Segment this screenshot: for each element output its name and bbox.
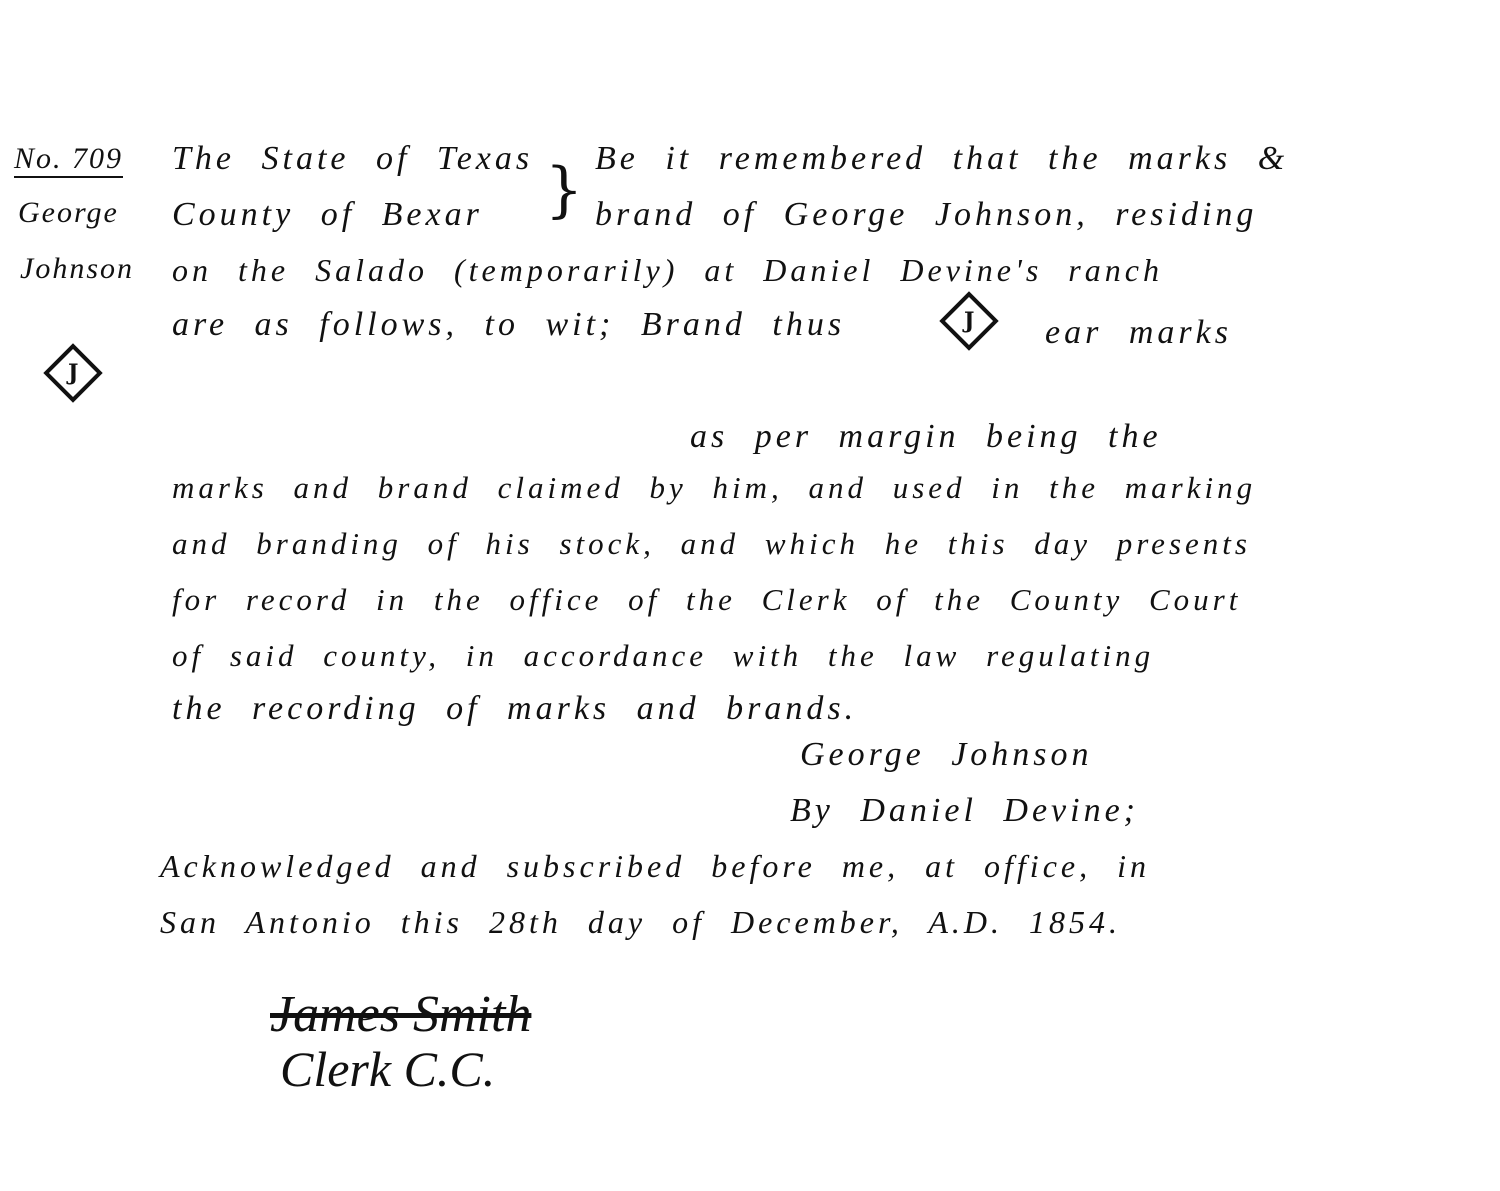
body-line: Be it remembered that the marks & xyxy=(595,140,1288,178)
body-line: the recording of marks and brands. xyxy=(172,690,857,728)
venue-state: The State of Texas xyxy=(172,140,533,178)
body-line: as per margin being the xyxy=(690,418,1162,456)
body-line: on the Salado (temporarily) at Daniel De… xyxy=(172,252,1163,289)
acknowledgement-line: Acknowledged and subscribed before me, a… xyxy=(160,848,1150,885)
body-line: are as follows, to wit; Brand thus xyxy=(172,306,845,344)
acknowledgement-line: San Antonio this 28th day of December, A… xyxy=(160,904,1121,941)
margin-brand-icon: J xyxy=(43,343,102,402)
body-line: for record in the office of the Clerk of… xyxy=(172,582,1241,618)
venue-county: County of Bexar xyxy=(172,196,483,234)
brace-icon: } xyxy=(545,160,583,220)
margin-name-first: George xyxy=(18,196,119,230)
inline-brand-icon: J xyxy=(939,291,998,350)
margin-name-last: Johnson xyxy=(20,252,134,286)
body-line: ear marks xyxy=(1045,314,1232,352)
body-line: brand of George Johnson, residing xyxy=(595,196,1257,234)
clerk-signature: James Smith xyxy=(270,985,531,1044)
body-line: of said county, in accordance with the l… xyxy=(172,638,1154,674)
clerk-title: Clerk C.C. xyxy=(280,1040,495,1098)
body-line: and branding of his stock, and which he … xyxy=(172,526,1251,562)
signatory-name: George Johnson xyxy=(800,736,1093,774)
body-line: marks and brand claimed by him, and used… xyxy=(172,470,1256,506)
signatory-agent: By Daniel Devine; xyxy=(790,792,1139,830)
record-number: No. 709 xyxy=(14,142,123,178)
